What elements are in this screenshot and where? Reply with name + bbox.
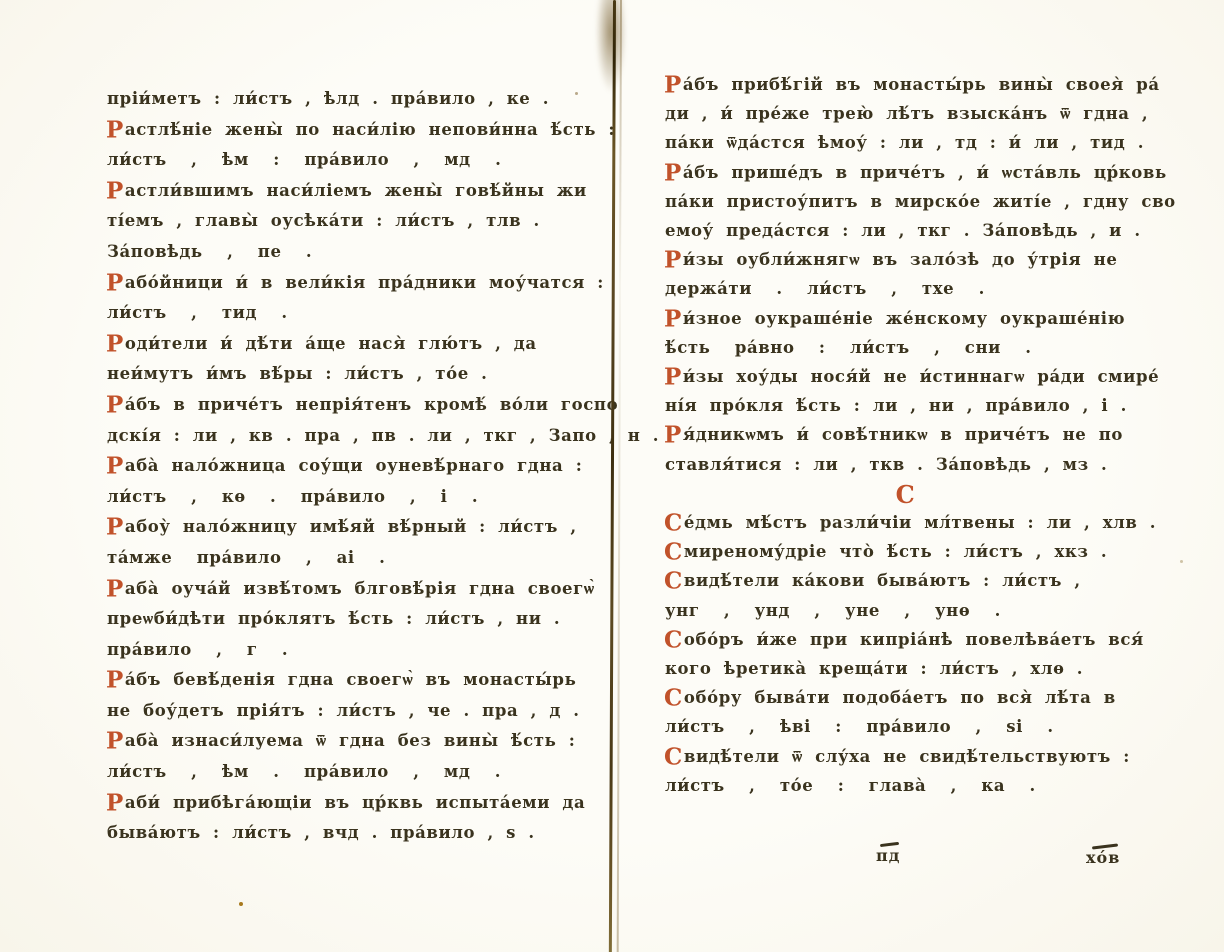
text-line: не боу́детъ прія́тъ : ли́стъ , че . пра …	[106, 696, 586, 727]
text-line: Ри́зы оубли́жнягѡ въ зало́зѣ до у́трія н…	[664, 245, 1148, 274]
text-line: Раба̀ нало́жница соу́щи оуневѣ́рнаго гдн…	[106, 451, 586, 482]
line-text: оди́тели и́ дѣ́ти а́ще нася̀ глю́тъ , да	[125, 334, 537, 353]
line-text: абоу̀ нало́жницу имѣ́яй вѣ́рный : ли́стъ…	[125, 517, 577, 536]
line-text: кого ѣретика̀ креща́ти : ли́стъ , хлѳ .	[665, 659, 1083, 678]
quire-signature-text: пд	[876, 846, 900, 865]
text-line: Свидѣ́тели ѿ слу́ха не свидѣ́тельствуютъ…	[664, 742, 1148, 771]
text-line: Раби́ прибѣга́ющіи въ цр́квь испыта́еми …	[106, 788, 586, 819]
line-text: и́зное оукраше́ніе же́нскому оукраше́нію	[683, 309, 1125, 328]
text-line: держа́ти . ли́стъ , тхе .	[664, 274, 1148, 303]
line-text: быва́ютъ : ли́стъ , вчд . пра́вило , ѕ .	[107, 823, 535, 842]
line-text: аба̀ оуча́й извѣ́томъ блговѣ́рія гдна св…	[125, 579, 595, 598]
text-line: емоу́ преда́стся : ли , ткг . За́повѣдь …	[664, 216, 1148, 245]
text-line: Рабоу̀ нало́жницу имѣ́яй вѣ́рный : ли́ст…	[106, 512, 586, 543]
quire-signature: пд	[876, 846, 900, 865]
text-line: преѡби́дѣти про́клятъ ѣ́сть : ли́стъ , н…	[106, 604, 586, 635]
text-line: С	[664, 479, 1148, 508]
paper-speck	[239, 902, 243, 906]
text-line: ті́емъ , главы̀ оусѣка́ти : ли́стъ , тлв…	[106, 206, 586, 237]
text-line: Смиреному́дріе что̀ ѣ́сть : ли́стъ , хкз…	[664, 537, 1148, 566]
text-line: Собо́ръ и́же при кипріа́нѣ повелѣва́етъ …	[664, 625, 1148, 654]
line-text: е́дмь мѣ́стъ разли́чіи мл́твены : ли , х…	[684, 513, 1156, 532]
line-text: аба̀ нало́жница соу́щи оуневѣ́рнаго гдна…	[125, 456, 582, 475]
line-text: а́бъ прибѣ́гій въ монасты́рь вины̀ своея…	[683, 75, 1160, 94]
text-line: Растли́вшимъ наси́ліемъ жены̀ говѣ́йны ж…	[106, 176, 586, 207]
line-text: ли́стъ , ѣм . пра́вило , мд .	[107, 762, 501, 781]
text-line: ли́стъ , кѳ . пра́вило , і .	[106, 482, 586, 513]
folio-mark: хо́в	[1086, 848, 1120, 867]
text-line: Раба̀ оуча́й извѣ́томъ блговѣ́рія гдна с…	[106, 574, 586, 605]
right-page-text-block: Ра́бъ прибѣ́гій въ монасты́рь вины̀ свое…	[664, 70, 1148, 800]
text-line: ли́стъ , ѣві : пра́вило , ѕі .	[664, 712, 1148, 741]
line-text: ди , и́ пре́же трею̀ лѣ́тъ взыска́нъ ѿ г…	[665, 104, 1148, 123]
text-line: ди , и́ пре́же трею̀ лѣ́тъ взыска́нъ ѿ г…	[664, 99, 1148, 128]
line-text: а́бъ прише́дъ в приче́тъ , и́ ѡста́вль ц…	[683, 163, 1167, 182]
line-text: ли́стъ , то́е : глава̀ , ка .	[665, 776, 1036, 795]
line-text: а́бъ бевѣ́денія гдна своегѡ̀ въ монасты́…	[125, 670, 576, 689]
text-line: Растлѣ́ніе жены̀ по наси́лію непови́нна …	[106, 115, 586, 146]
text-line: Ра́бъ прибѣ́гій въ монасты́рь вины̀ свое…	[664, 70, 1148, 99]
text-line: пра́вило , г .	[106, 635, 586, 666]
text-line: Ри́зы хоу́ды нося́й не и́стиннагѡ ра́ди …	[664, 362, 1148, 391]
text-line: Ря́дникѡмъ и́ совѣ́тникѡ в приче́тъ не п…	[664, 420, 1148, 449]
line-text: або́йници и́ в вели́кія пра́дники моу́ча…	[125, 273, 604, 292]
line-text: неи́мутъ и́мъ вѣ́ры : ли́стъ , то́е .	[107, 364, 487, 383]
line-text: держа́ти . ли́стъ , тхе .	[665, 279, 985, 298]
line-text: та́мже пра́вило , аі .	[107, 548, 385, 567]
line-text: ѣ́сть ра́вно : ли́стъ , сни .	[665, 338, 1032, 357]
text-line: Ра́бъ бевѣ́денія гдна своегѡ̀ въ монасты…	[106, 665, 586, 696]
text-line: ли́стъ , ѣм : пра́вило , мд .	[106, 145, 586, 176]
line-text: ли́стъ , кѳ . пра́вило , і .	[107, 487, 478, 506]
text-line: быва́ютъ : ли́стъ , вчд . пра́вило , ѕ .	[106, 818, 586, 849]
line-text: миреному́дріе что̀ ѣ́сть : ли́стъ , хкз …	[684, 542, 1107, 561]
line-text: пріи́метъ : ли́стъ , ѣлд . пра́вило , ке…	[107, 89, 549, 108]
line-text: ли́стъ , тид .	[107, 303, 288, 322]
text-line: неи́мутъ и́мъ вѣ́ры : ли́стъ , то́е .	[106, 359, 586, 390]
line-text: обо́ръ и́же при кипріа́нѣ повелѣва́етъ в…	[684, 630, 1144, 649]
line-text: ні́я про́кля ѣ́сть : ли , ни , пра́вило …	[665, 396, 1127, 415]
line-text: обо́ру быва́ти подоба́етъ по вся̀ лѣ́та …	[684, 688, 1116, 707]
text-line: та́мже пра́вило , аі .	[106, 543, 586, 574]
line-text: дскі́я : ли , кв . пра , пв . ли , ткг ,…	[107, 426, 659, 445]
text-line: ставля́тися : ли , ткв . За́повѣдь , мз …	[664, 450, 1148, 479]
left-page-text-block: пріи́метъ : ли́стъ , ѣлд . пра́вило , ке…	[106, 84, 586, 849]
binding-gutter-crease-faint	[617, 0, 622, 952]
line-text: я́дникѡмъ и́ совѣ́тникѡ в приче́тъ не по	[683, 425, 1123, 444]
line-text: преѡби́дѣти про́клятъ ѣ́сть : ли́стъ , н…	[107, 609, 560, 628]
text-line: Свидѣ́тели ка́кови быва́ютъ : ли́стъ ,	[664, 566, 1148, 595]
text-line: дскі́я : ли , кв . пра , пв . ли , ткг ,…	[106, 421, 586, 452]
binding-gutter-crease	[609, 0, 616, 952]
text-line: Ри́зное оукраше́ніе же́нскому оукраше́ні…	[664, 304, 1148, 333]
line-text: унг , унд , уне , унѳ .	[665, 601, 1001, 620]
text-line: Раба̀ изнаси́луема ѿ гдна без вины̀ ѣ́ст…	[106, 726, 586, 757]
text-line: па́ки ѿда́стся ѣмоу́ : ли , тд : и́ ли ,…	[664, 128, 1148, 157]
line-text: ставля́тися : ли , ткв . За́повѣдь , мз …	[665, 455, 1107, 474]
text-line: Ра́бъ прише́дъ в приче́тъ , и́ ѡста́вль …	[664, 158, 1148, 187]
text-line: Роди́тели и́ дѣ́ти а́ще нася̀ глю́тъ , д…	[106, 329, 586, 360]
line-text: видѣ́тели ѿ слу́ха не свидѣ́тельствуютъ …	[684, 747, 1130, 766]
line-text: видѣ́тели ка́кови быва́ютъ : ли́стъ ,	[684, 571, 1081, 590]
line-text: па́ки пристоу́питъ в мирско́е житі́е , г…	[665, 192, 1176, 211]
line-text: ли́стъ , ѣві : пра́вило , ѕі .	[665, 717, 1054, 736]
line-text: па́ки ѿда́стся ѣмоу́ : ли , тд : и́ ли ,…	[665, 133, 1144, 152]
text-line: пріи́метъ : ли́стъ , ѣлд . пра́вило , ке…	[106, 84, 586, 115]
line-text: аби́ прибѣга́ющіи въ цр́квь испыта́еми д…	[125, 793, 585, 812]
line-text: и́зы оубли́жнягѡ въ зало́зѣ до у́трія не	[683, 250, 1118, 269]
text-line: ні́я про́кля ѣ́сть : ли , ни , пра́вило …	[664, 391, 1148, 420]
text-line: ли́стъ , ѣм . пра́вило , мд .	[106, 757, 586, 788]
line-text: емоу́ преда́стся : ли , ткг . За́повѣдь …	[665, 221, 1141, 240]
text-line: Собо́ру быва́ти подоба́етъ по вся̀ лѣ́та…	[664, 683, 1148, 712]
text-line: ли́стъ , то́е : глава̀ , ка .	[664, 771, 1148, 800]
line-text: ті́емъ , главы̀ оусѣка́ти : ли́стъ , тлв…	[107, 211, 540, 230]
text-line: ли́стъ , тид .	[106, 298, 586, 329]
line-text: аба̀ изнаси́луема ѿ гдна без вины̀ ѣ́сть…	[125, 731, 576, 750]
paper-speck	[575, 92, 578, 95]
text-line: унг , унд , уне , унѳ .	[664, 596, 1148, 625]
text-line: ѣ́сть ра́вно : ли́стъ , сни .	[664, 333, 1148, 362]
line-text: не боу́детъ прія́тъ : ли́стъ , че . пра …	[107, 701, 580, 720]
line-text: пра́вило , г .	[107, 640, 288, 659]
book-scan: пріи́метъ : ли́стъ , ѣлд . пра́вило , ке…	[0, 0, 1224, 952]
line-text: астлѣ́ніе жены̀ по наси́лію непови́нна ѣ…	[125, 120, 615, 139]
line-text: и́зы хоу́ды нося́й не и́стиннагѡ ра́ди с…	[683, 367, 1159, 386]
text-line: За́повѣдь , пе .	[106, 237, 586, 268]
text-line: па́ки пристоу́питъ в мирско́е житі́е , г…	[664, 187, 1148, 216]
paper-speck	[1180, 560, 1183, 563]
text-line: Се́дмь мѣ́стъ разли́чіи мл́твены : ли , …	[664, 508, 1148, 537]
text-line: Ра́бъ в приче́тъ непрія́тенъ кромѣ́ во́л…	[106, 390, 586, 421]
text-line: Рабо́йници и́ в вели́кія пра́дники моу́ч…	[106, 268, 586, 299]
folio-mark-text: хо́в	[1086, 848, 1120, 867]
line-text: астли́вшимъ наси́ліемъ жены̀ говѣ́йны жи	[125, 181, 587, 200]
line-text: За́повѣдь , пе .	[107, 242, 312, 261]
text-line: кого ѣретика̀ креща́ти : ли́стъ , хлѳ .	[664, 654, 1148, 683]
line-text: ли́стъ , ѣм : пра́вило , мд .	[107, 150, 501, 169]
line-text: а́бъ в приче́тъ непрія́тенъ кромѣ́ во́ли…	[125, 395, 618, 414]
